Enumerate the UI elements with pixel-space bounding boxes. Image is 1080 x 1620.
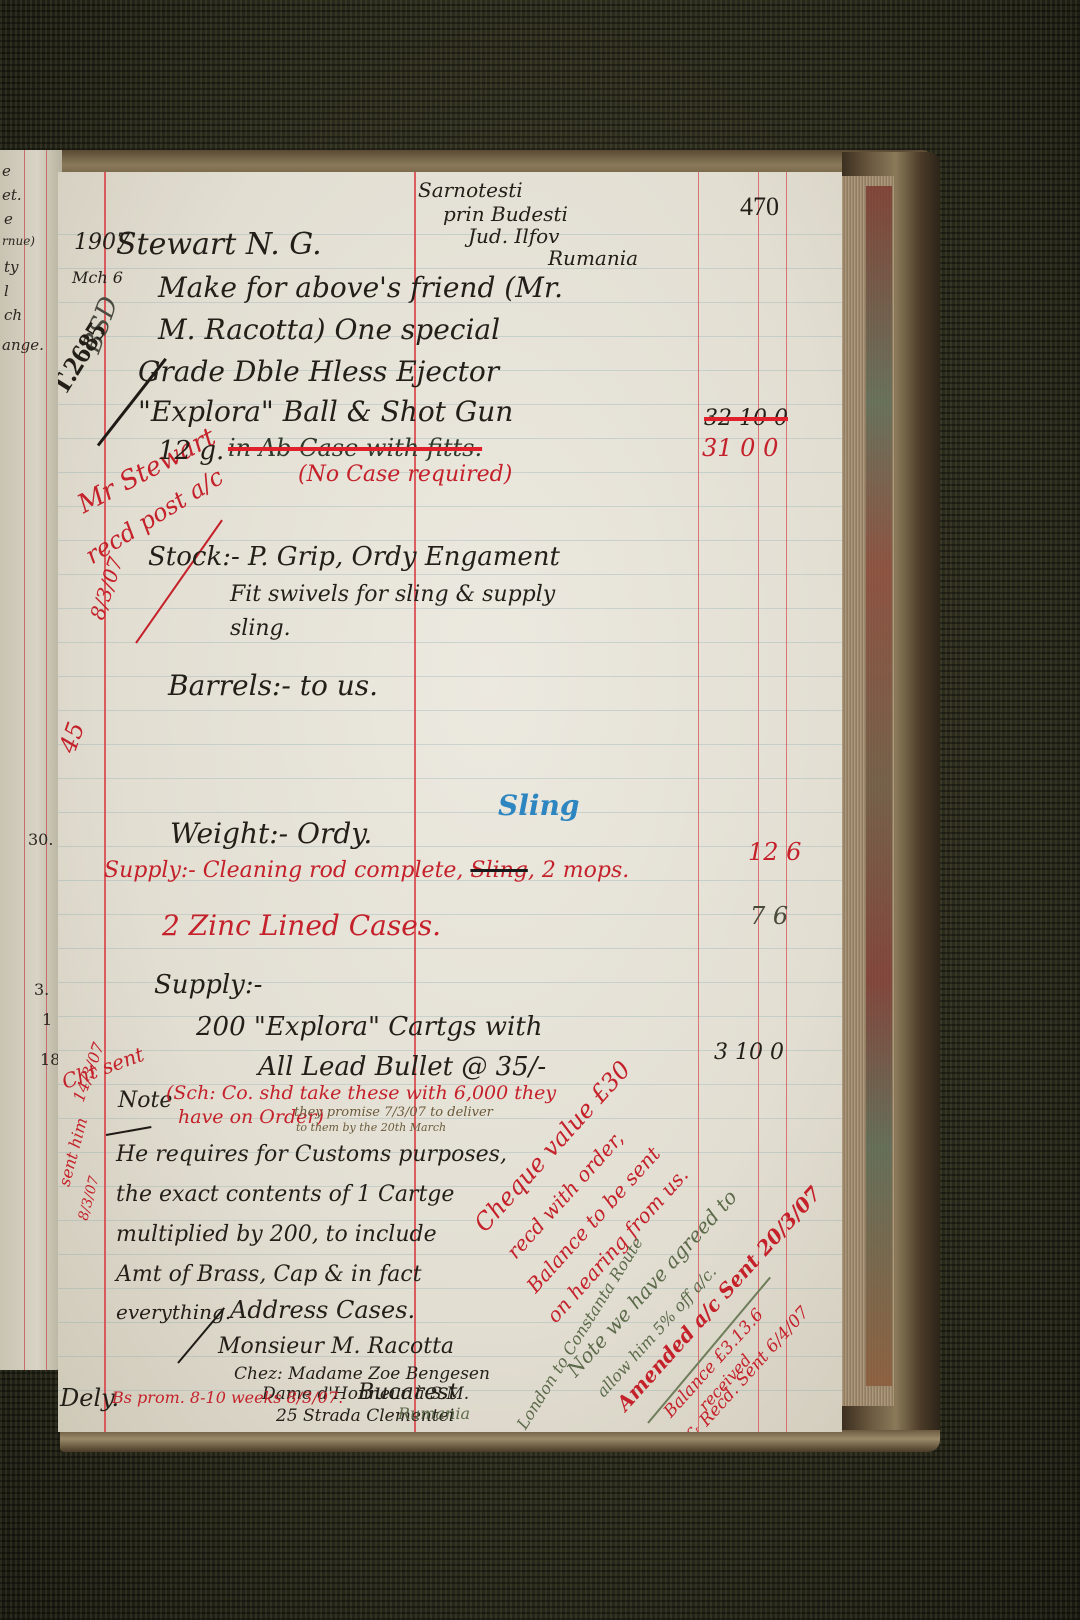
addressee-name: Monsieur M. Racotta [218,1336,454,1358]
margin-rule [104,172,106,1432]
address-city: Bucarest [358,1382,457,1404]
note-brown-line: they promise 7/3/07 to deliver [294,1106,493,1119]
left-facing-page: e et. e rnue) ty l ch ange. 30. 3. 1 18 [0,150,62,1370]
customs-line: the exact contents of 1 Cartge [116,1184,454,1206]
red-margin-slash [135,520,223,644]
left-page-number: 30. [28,830,53,849]
left-page-number: 1 [42,1010,52,1029]
customer-name: Stewart N. G. [116,230,322,260]
ledger-page: 470 Sarnotesti prin Budesti Jud. Ilfov R… [58,172,842,1432]
left-page-text: l [4,282,9,300]
marbled-page-edge [866,186,892,1386]
address-cases-label: Address Cases. [230,1298,415,1322]
entry-line: Grade Dble Hless Ejector [138,358,499,386]
struck-case-text: in Ab Case with fitts. [228,436,482,460]
address-header-line: Jud. Ilfov [468,226,559,246]
cartridges-price: 3 10 0 [714,1042,784,1064]
sent-him-date: 8/3/07 [76,1175,101,1222]
left-page-text: ange. [2,336,44,354]
red-margin-45: 45 [58,719,88,756]
entry-line: M. Racotta) One special [158,316,500,344]
no-case-correction: (No Case required) [298,464,512,486]
supply-label: Supply:- [154,972,262,998]
sling-insert-blue: Sling [498,792,579,820]
stock-line: Fit swivels for sling & supply [230,584,555,606]
delivery-promise: Bs prom. 8-10 weeks 8/3/07. [112,1390,343,1406]
gauge: 12 g. [158,438,224,464]
entry-line: Make for above's friend (Mr. [158,274,563,302]
cartridges-line: 200 "Explora" Cartgs with [196,1014,543,1040]
weight-line: Weight:- Ordy. [170,820,372,848]
left-page-text: e [2,162,11,180]
entry-day: Mch 6 [72,270,123,286]
book-bottom-edge [60,1430,940,1452]
barrels-line: Barrels:- to us. [168,672,378,700]
cartridges-line: All Lead Bullet @ 35/- [258,1054,546,1080]
left-page-text: et. [2,186,22,204]
gun-price-corrected: 31 0 0 [702,436,778,460]
supply-price: 12 6 [748,840,801,864]
left-page-text: e [4,210,13,228]
left-page-text: rnue) [2,234,35,248]
supply-red-line: Supply:- Cleaning rod complete, Sling, 2… [104,860,629,882]
address-header-line: prin Budesti [443,204,568,224]
left-page-text: ch [4,306,22,324]
entry-line: "Explora" Ball & Shot Gun [138,398,513,426]
note-label: Note [118,1090,172,1112]
customs-line: Amt of Brass, Cap & in fact [116,1264,422,1286]
note-red-line: (Sch: Co. shd take these with 6,000 they [166,1084,556,1103]
delivery-label: Dely. [60,1386,119,1410]
left-page-number: 3. [34,980,49,999]
zinc-cases-line: 2 Zinc Lined Cases. [162,912,441,940]
page-number: 470 [740,194,779,220]
ledger-page-bottom: Dely. Bs prom. 8-10 weeks 8/3/07. Bucare… [58,1376,842,1432]
left-page-text: ty [4,258,19,276]
note-brown-line: to them by the 20th March [296,1122,446,1133]
gun-price-struck: 32 10 0 [704,408,788,430]
stock-line: Stock:- P. Grip, Ordy Engament [148,544,560,570]
address-header-line: Sarnotesti [418,180,523,200]
address-country: Rumania [398,1406,470,1422]
note-underline [106,1126,152,1136]
customs-line: multiplied by 200, to include [116,1224,437,1246]
stock-line: sling. [230,618,291,640]
customs-line: He requires for Customs purposes, [116,1144,507,1166]
address-header-line: Rumania [548,248,638,268]
cases-price: 7 6 [750,904,788,928]
pence-column-rule [786,172,787,1432]
